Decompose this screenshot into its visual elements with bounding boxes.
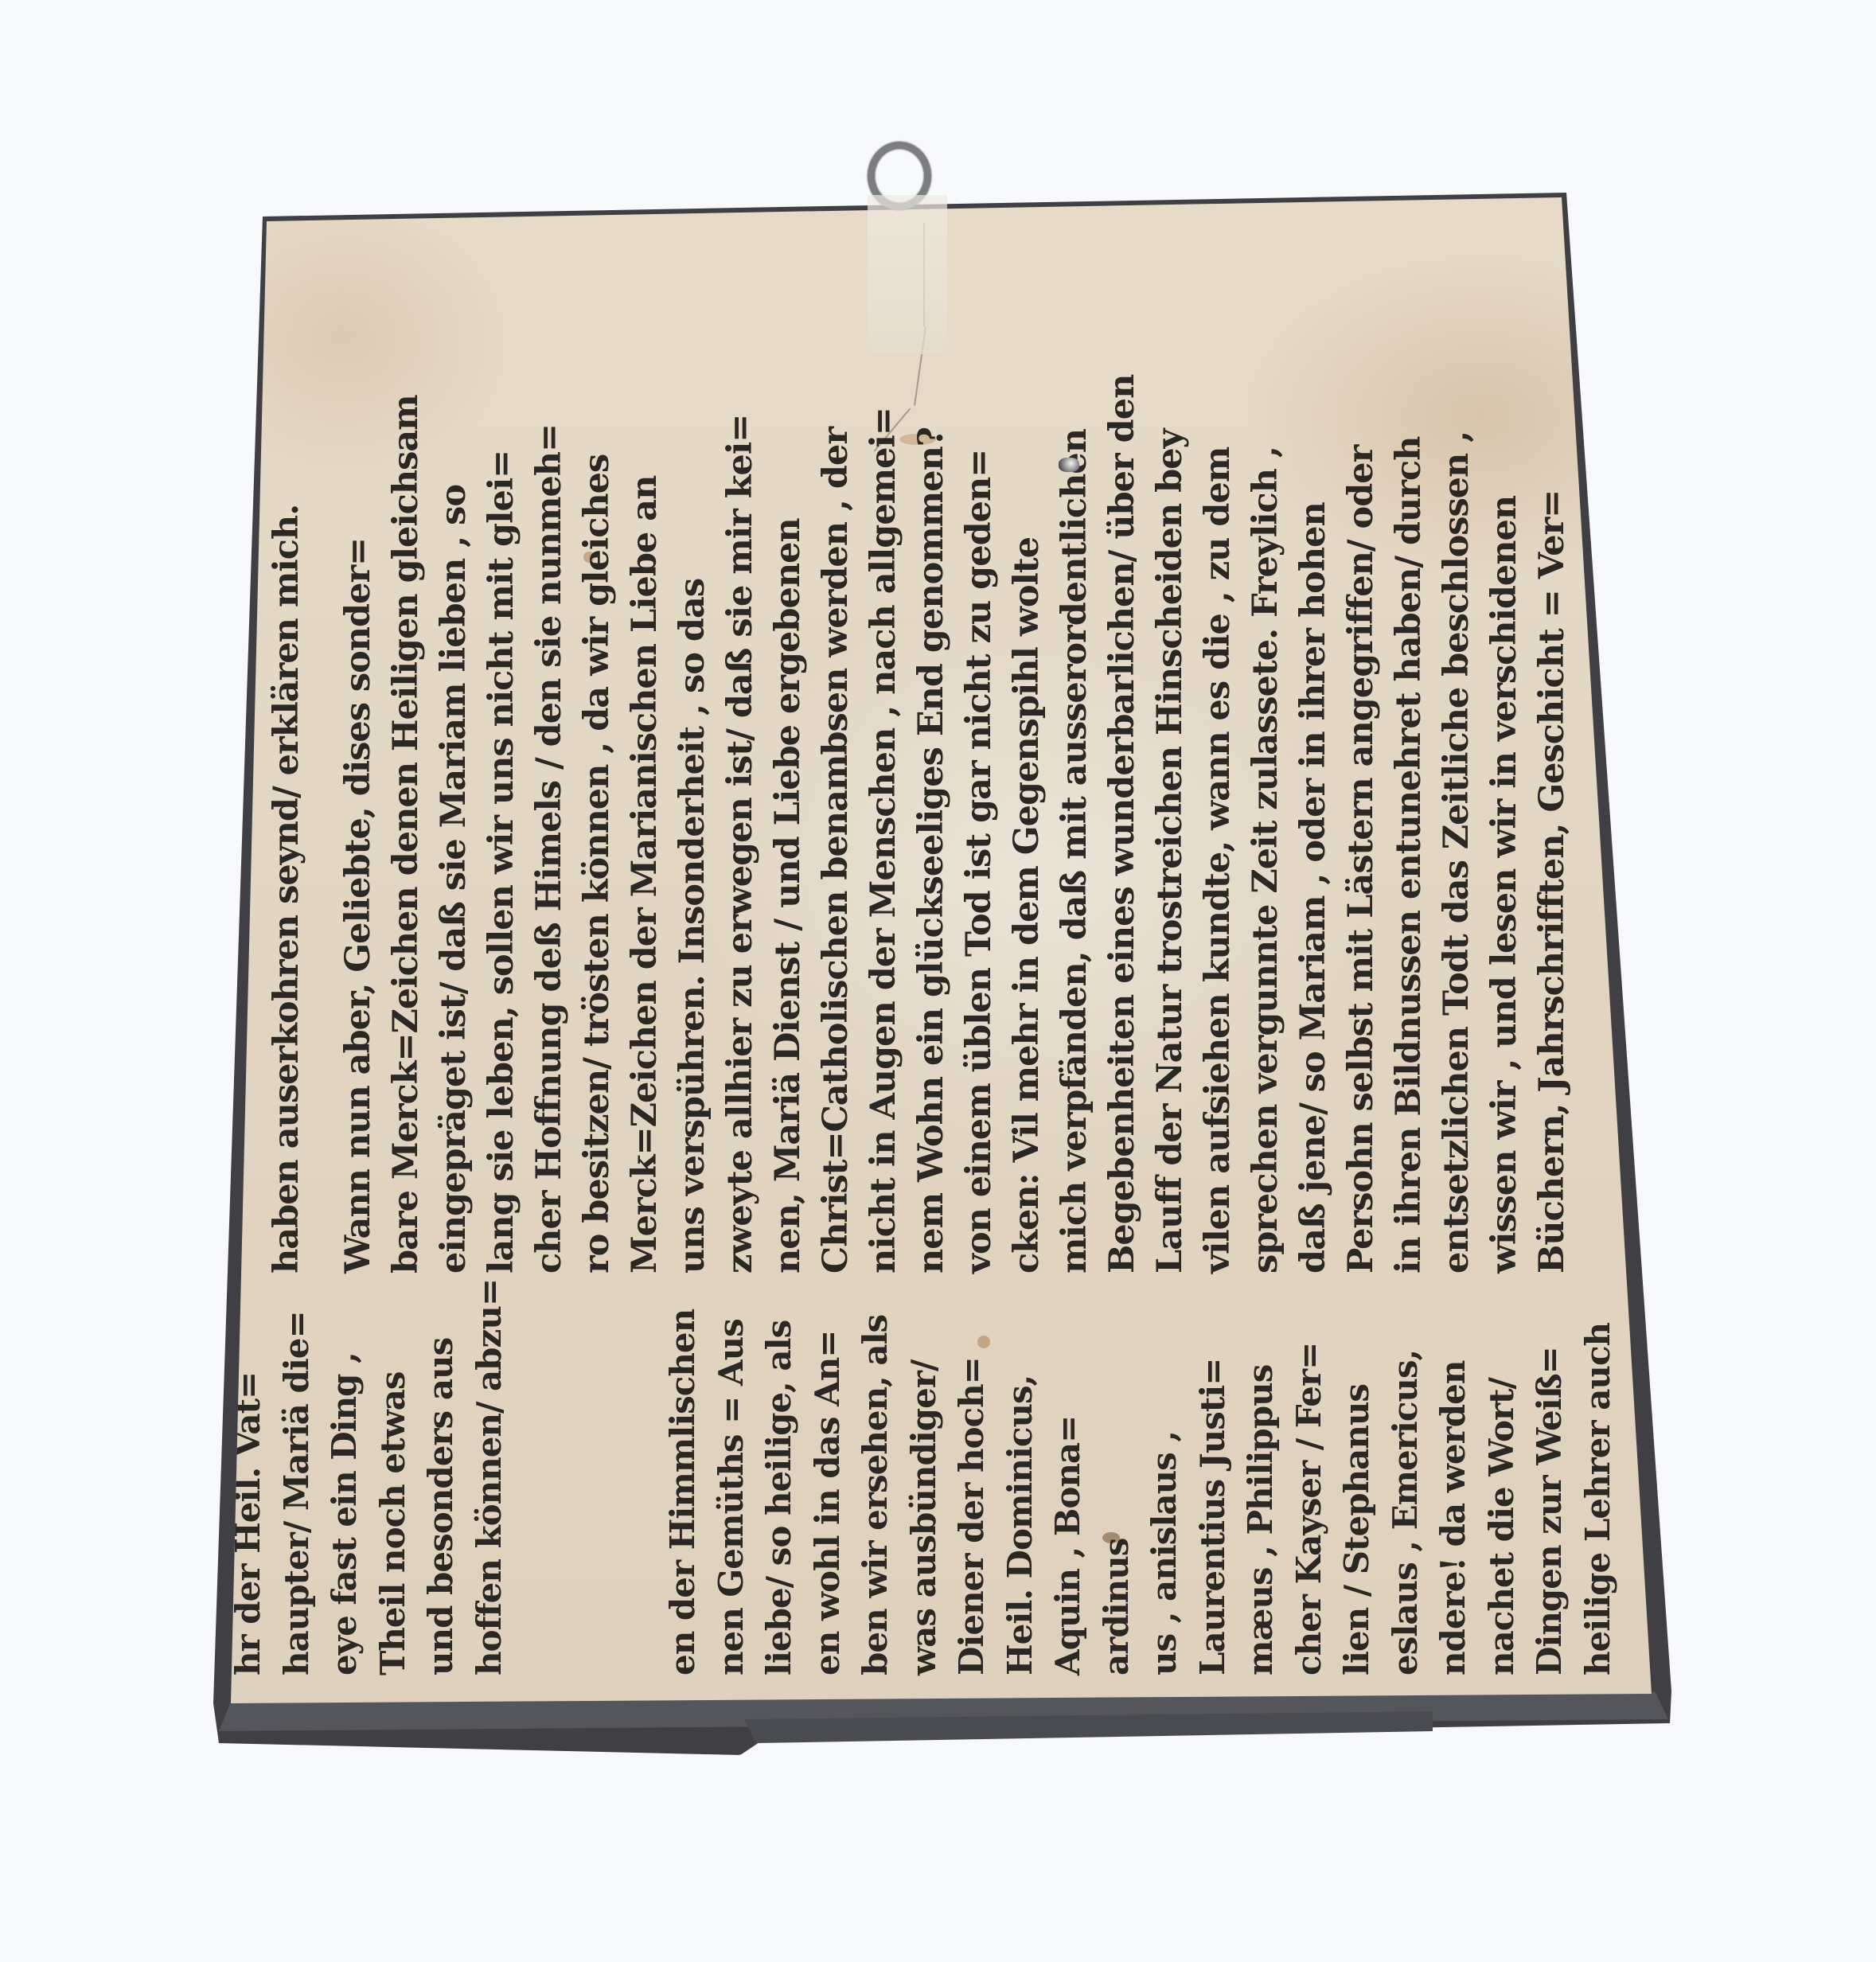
text-line: nachet die Wort/: [1478, 1357, 1527, 1675]
text-line: ben wir ersehen, als: [852, 1357, 900, 1675]
text-line: Persohn selbst mit Lästern angegriffen/ …: [1337, 549, 1385, 1274]
text-line: und besonders aus: [417, 1357, 466, 1675]
hanger-tape: [868, 195, 947, 354]
text-line: zweyte allhier zu erwegen ist/ daß sie m…: [716, 549, 764, 1274]
text-line: us , anislaus ,: [1141, 1357, 1189, 1675]
text-line: wissen wir , und lesen wir in verschiden…: [1480, 549, 1528, 1274]
text-line: cher Hoffnung deß Himels / den sie nunme…: [525, 549, 573, 1274]
text-line: cken: Vil mehr in dem Gegenspihl wolte: [1003, 549, 1051, 1274]
nail-head-icon: [1059, 458, 1079, 472]
text-line: en wohl in das An=: [804, 1357, 852, 1675]
text-line: Begebenheiten eines wunderbarlichen/ übe…: [1098, 549, 1146, 1274]
text-line: Merck=Zeichen der Marianischen Liebe an: [621, 549, 669, 1274]
text-line: Heil. Dominicus,: [997, 1357, 1045, 1675]
text-line: haben auserkohren seynd/ erklären mich.: [263, 549, 310, 1274]
text-line: von einem üblen Tod ist gar nicht zu ged…: [955, 549, 1003, 1274]
text-line: mich verpfänden, daß mit ausserordentlic…: [1051, 549, 1098, 1274]
text-line: eslaus , Emericus,: [1382, 1357, 1430, 1675]
text-line: eye fast ein Ding ,: [321, 1357, 369, 1675]
lower-text-block: hr der Heil. Vät= haupter/ Mariä die= ey…: [224, 1357, 1622, 1675]
text-line: Dingen zur Weiß=: [1526, 1357, 1574, 1675]
text-line: daß jene/ so Mariam , oder in ihrer hohe…: [1289, 549, 1337, 1274]
text-line: nen Gemüths = Aus: [708, 1357, 756, 1675]
text-line: ndere! da werden: [1429, 1357, 1478, 1675]
text-line: vilen aufsiehen kundte, wann es die , zu…: [1194, 549, 1242, 1274]
text-line: haupter/ Mariä die=: [273, 1357, 322, 1675]
text-line: entsetzlichen Todt das Zeitliche beschlo…: [1433, 549, 1480, 1274]
text-line: Theil noch etwas: [369, 1357, 418, 1675]
text-line: eingepräget ist/ daß sie Mariam lieben ,…: [430, 549, 478, 1274]
text-line: en der Himmlischen: [659, 1357, 708, 1675]
text-line: uns verspühren. Insonderheit , so das: [669, 549, 716, 1274]
text-line: ardinus: [1093, 1357, 1141, 1675]
text-line: mæus , Philippus: [1237, 1357, 1285, 1675]
text-line: hoffen können/ abzu=: [466, 1357, 514, 1675]
text-line: bare Merck=Zeichen denen Heiligen gleich…: [382, 549, 430, 1274]
text-line: sprechen vergunnte Zeit zulassete. Freyl…: [1242, 549, 1289, 1274]
text-line: heilige Lehrer auch: [1574, 1357, 1623, 1675]
text-line: lang sie leben, sollen wir uns nicht mit…: [478, 549, 525, 1274]
text-line: Lauff der Natur trostreichen Hinscheiden…: [1146, 549, 1194, 1274]
text-line: Laurentius Justi=: [1189, 1357, 1238, 1675]
text-line: was ausbündiger/: [900, 1357, 949, 1675]
text-line: Wann nun aber, Geliebte, dises sonder=: [334, 549, 382, 1274]
text-line: nen, Mariä Dienst / und Liebe ergebenen: [764, 549, 812, 1274]
text-line: nicht in Augen der Menschen , nach allge…: [860, 549, 907, 1274]
text-line: liebe/ so heilige, als: [755, 1357, 804, 1675]
text-line: Christ=Catholischen benambsen werden , d…: [812, 549, 860, 1274]
text-line: Büchern, Jahrschrifften, Geschicht = Ver…: [1528, 549, 1576, 1274]
text-line: Aquin , Bona=: [1044, 1357, 1093, 1675]
text-line: ro besitzen/ trösten können , da wir gle…: [573, 549, 621, 1274]
text-line: Diener der hoch=: [948, 1357, 997, 1675]
photo-scene: haben auserkohren seynd/ erklären mich. …: [0, 0, 1876, 1962]
rust-stain: [977, 1336, 990, 1348]
upper-text-block: haben auserkohren seynd/ erklären mich. …: [263, 549, 1576, 1274]
text-line: cher Kayser / Fer=: [1285, 1357, 1334, 1675]
text-line: nem Wohn ein glückseeliges End genommen?: [907, 549, 955, 1274]
text-line: in ihren Bildnussen entunehret haben/ du…: [1385, 549, 1433, 1274]
text-line: lien / Stephanus: [1333, 1357, 1382, 1675]
